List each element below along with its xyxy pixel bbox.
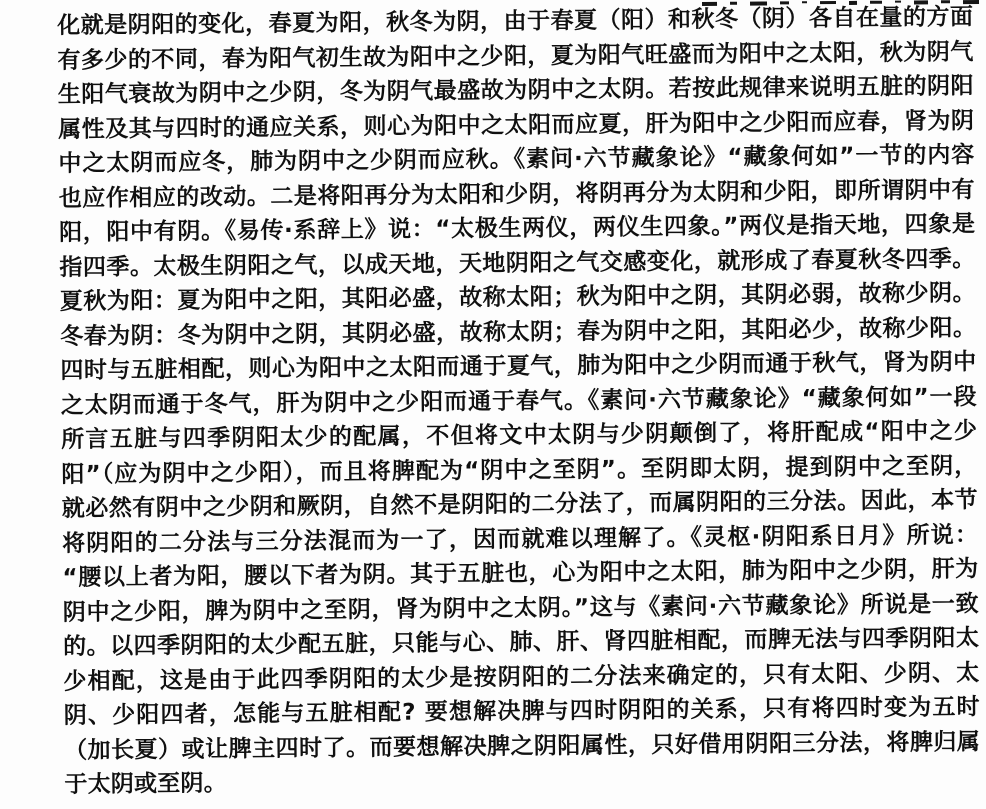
body-text: 化就是阴阳的变化，春夏为阳，秋冬为阴，由于春夏（阳）和秋冬（阴）各自在量的方面 … <box>57 0 981 802</box>
text-line: 于太阴或至阴。 <box>64 759 980 802</box>
scanned-book-page: 化就是阴阳的变化，春夏为阳，秋冬为阴，由于春夏（阳）和秋冬（阴）各自在量的方面 … <box>0 0 986 809</box>
